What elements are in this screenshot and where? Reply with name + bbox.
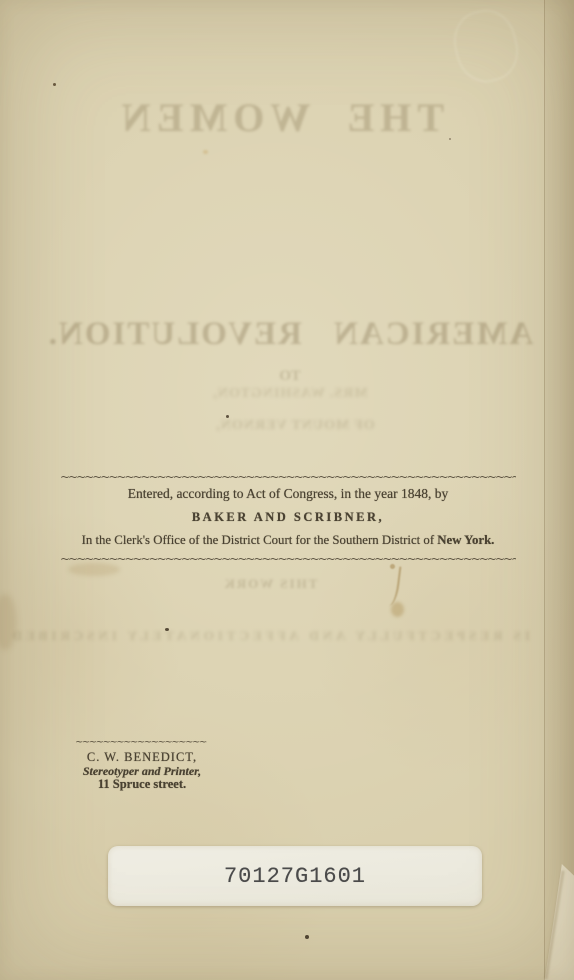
- bleedthrough-title-line2: AMERICAN REVOLUTION.: [40, 316, 540, 353]
- printer-name: C. W. BENEDICT,: [43, 750, 241, 765]
- ink-speck: [165, 628, 169, 631]
- stain-drip-blob: [391, 602, 404, 617]
- bleedthrough-dedication-name: MRS. WASHINGTON,: [180, 386, 400, 402]
- bleedthrough-dedication-place: OF MOUNT VERNON,: [185, 418, 405, 434]
- page-edge-shadow: [545, 0, 574, 980]
- wavy-rule-top: ~~~~~~~~~~~~~~~~~~~~~~~~~~~~~~~~~~~~~~~~…: [60, 474, 516, 483]
- ink-speck: [226, 415, 229, 418]
- stain-drip: [386, 565, 402, 606]
- copyright-block: ~~~~~~~~~~~~~~~~~~~~~~~~~~~~~~~~~~~~~~~~…: [60, 474, 516, 566]
- embossed-mark: [447, 4, 525, 89]
- copyright-clerk-newyork: New York.: [437, 533, 494, 547]
- copyright-line-publisher: BAKER AND SCRIBNER,: [50, 510, 526, 525]
- bleedthrough-inscribed-line: IS RESPECTFULLY AND AFFECTIONATELY INSCR…: [50, 628, 530, 644]
- copyright-clerk-text: In the Clerk's Office of the District Co…: [82, 533, 438, 547]
- ink-speck: [449, 138, 451, 140]
- foxing-spot: [203, 150, 208, 154]
- bleedthrough-dedication-to: TO: [240, 368, 340, 385]
- bleedthrough-this-work: THIS WORK: [200, 576, 340, 592]
- catalog-label-code: 70127G1601: [108, 846, 482, 906]
- wavy-rule-bottom: ~~~~~~~~~~~~~~~~~~~~~~~~~~~~~~~~~~~~~~~~…: [60, 556, 516, 565]
- bleedthrough-title-line1: THE WOMEN: [90, 94, 470, 141]
- copyright-line-clerk: In the Clerk's Office of the District Co…: [50, 533, 526, 548]
- wavy-rule-printer: ~~~~~~~~~~~~~~~~~~~~~~~~~~~~~~~~~~~~~~~~…: [75, 740, 207, 748]
- ink-speck: [305, 935, 309, 939]
- stain-edge-patch: [0, 594, 17, 650]
- copyright-line-entered: Entered, according to Act of Congress, i…: [50, 486, 526, 502]
- scanned-book-copyright-page: THE WOMEN AMERICAN REVOLUTION. TO MRS. W…: [0, 0, 574, 980]
- ink-speck: [53, 83, 56, 86]
- printer-address: 11 Spruce street.: [43, 777, 241, 792]
- catalog-label-sticker: 70127G1601: [108, 846, 482, 906]
